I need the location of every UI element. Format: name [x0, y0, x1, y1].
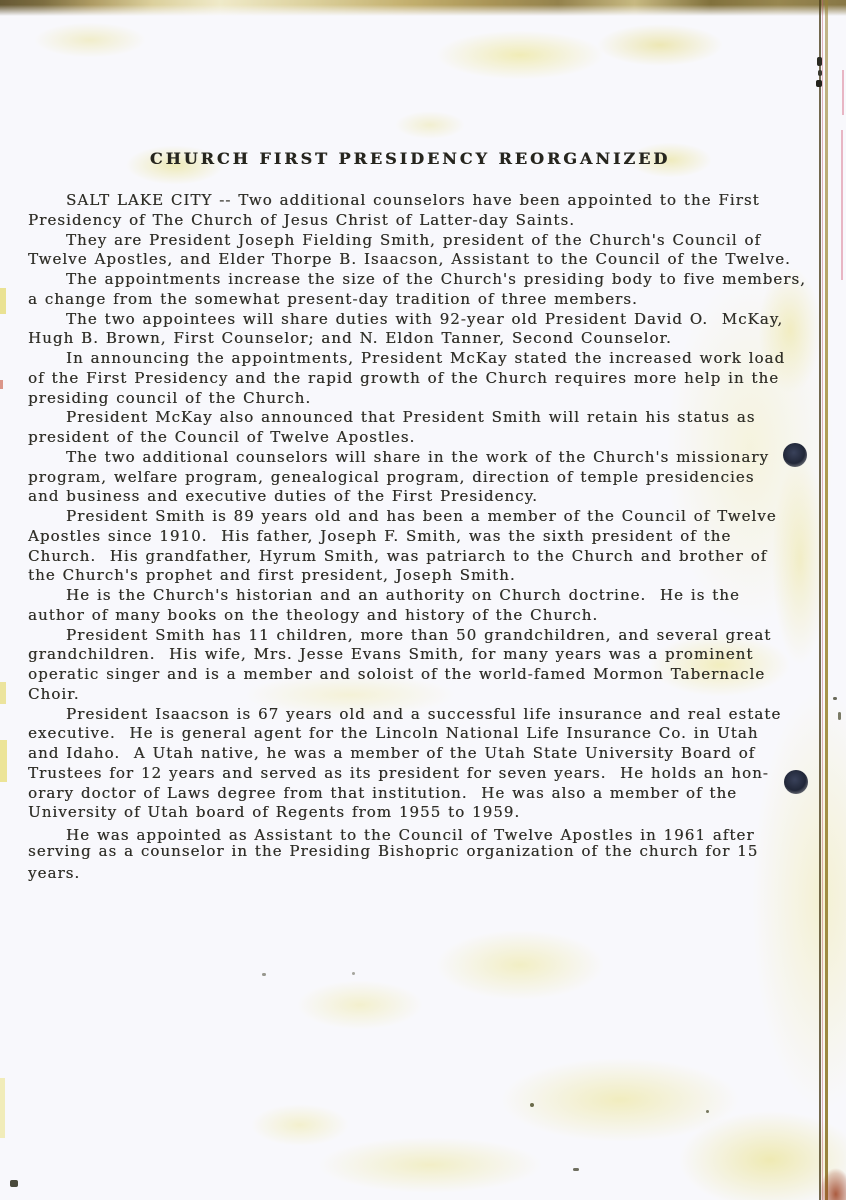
text-line: serving as a counselor in the Presiding … [28, 844, 818, 860]
paragraph: SALT LAKE CITY -- Two additional counsel… [28, 191, 818, 231]
text-line: orary doctor of Laws degree from that in… [28, 784, 818, 804]
scan-speck [818, 70, 822, 76]
scan-speck [838, 712, 841, 720]
text-line: Choir. [28, 685, 818, 705]
edge-stain [0, 1078, 5, 1138]
paragraph: The appointments increase the size of th… [28, 270, 818, 310]
text-line: SALT LAKE CITY -- Two additional counsel… [28, 191, 818, 211]
text-line: President Isaacson is 67 years old and a… [28, 705, 818, 725]
text-line: President Smith is 89 years old and has … [28, 507, 818, 527]
text-line: president of the Council of Twelve Apost… [28, 428, 818, 448]
text-line: He is the Church's historian and an auth… [28, 586, 818, 606]
text-line: author of many books on the theology and… [28, 606, 818, 626]
text-line: The appointments increase the size of th… [28, 270, 818, 290]
document-page: CHURCH FIRST PRESIDENCY REORGANIZED SALT… [0, 0, 846, 1200]
scan-speck [530, 1103, 534, 1107]
text-line: presiding council of the Church. [28, 389, 818, 409]
scan-speck [352, 972, 355, 975]
edge-stain [0, 380, 3, 389]
text-line: operatic singer and is a member and solo… [28, 665, 818, 685]
text-line: Trustees for 12 years and served as its … [28, 764, 818, 784]
edge-pink-strip-upper [841, 130, 843, 280]
paragraph: President McKay also announced that Pres… [28, 408, 818, 448]
text-line: a change from the somewhat present-day t… [28, 290, 818, 310]
scan-speck [262, 973, 266, 976]
text-line: of the First Presidency and the rapid gr… [28, 369, 818, 389]
text-line: Twelve Apostles, and Elder Thorpe B. Isa… [28, 250, 818, 270]
paragraph: He was appointed as Assistant to the Cou… [28, 828, 818, 882]
text-line: Presidency of The Church of Jesus Christ… [28, 211, 818, 231]
scan-speck [573, 1168, 579, 1171]
text-line: The two appointees will share duties wit… [28, 310, 818, 330]
page-edge-line-olive [825, 0, 828, 1200]
text-line: years. [28, 866, 818, 882]
scan-speck [817, 57, 822, 66]
paragraph: In announcing the appointments, Presiden… [28, 349, 818, 408]
scan-corner-mark [812, 1142, 846, 1200]
scan-speck [816, 80, 822, 87]
scan-speck [10, 1180, 18, 1187]
page-title: CHURCH FIRST PRESIDENCY REORGANIZED [0, 149, 820, 168]
scan-top-edge-smudge [0, 0, 846, 16]
text-line: They are President Joseph Fielding Smith… [28, 231, 818, 251]
edge-stain [0, 740, 7, 782]
text-line: President McKay also announced that Pres… [28, 408, 818, 428]
paragraph: President Isaacson is 67 years old and a… [28, 705, 818, 824]
paragraph: President Smith is 89 years old and has … [28, 507, 818, 586]
scan-speck [833, 697, 837, 700]
paragraph: He is the Church's historian and an auth… [28, 586, 818, 626]
page-edge-line-pink [822, 0, 823, 1200]
scan-speck [706, 1110, 709, 1113]
paragraph: President Smith has 11 children, more th… [28, 626, 818, 705]
text-line: Apostles since 1910. His father, Joseph … [28, 527, 818, 547]
paragraph: The two additional counselors will share… [28, 448, 818, 507]
edge-pink-strip-top [842, 70, 844, 115]
text-line: and Idaho. A Utah native, he was a membe… [28, 744, 818, 764]
text-line: University of Utah board of Regents from… [28, 803, 818, 823]
text-line: grandchildren. His wife, Mrs. Jesse Evan… [28, 645, 818, 665]
paragraph: They are President Joseph Fielding Smith… [28, 231, 818, 271]
text-line: Hugh B. Brown, First Counselor; and N. E… [28, 329, 818, 349]
text-line: President Smith has 11 children, more th… [28, 626, 818, 646]
text-line: and business and executive duties of the… [28, 487, 818, 507]
paragraph: The two appointees will share duties wit… [28, 310, 818, 350]
text-line: executive. He is general agent for the L… [28, 724, 818, 744]
page-edge-line-dark [819, 0, 821, 1200]
edge-stain [0, 682, 6, 704]
text-line: the Church's prophet and first president… [28, 566, 818, 586]
text-line: The two additional counselors will share… [28, 448, 818, 468]
edge-stain [0, 288, 6, 314]
text-line: program, welfare program, genealogical p… [28, 468, 818, 488]
text-line: In announcing the appointments, Presiden… [28, 349, 818, 369]
text-line: Church. His grandfather, Hyrum Smith, wa… [28, 547, 818, 567]
document-body: SALT LAKE CITY -- Two additional counsel… [28, 191, 818, 882]
